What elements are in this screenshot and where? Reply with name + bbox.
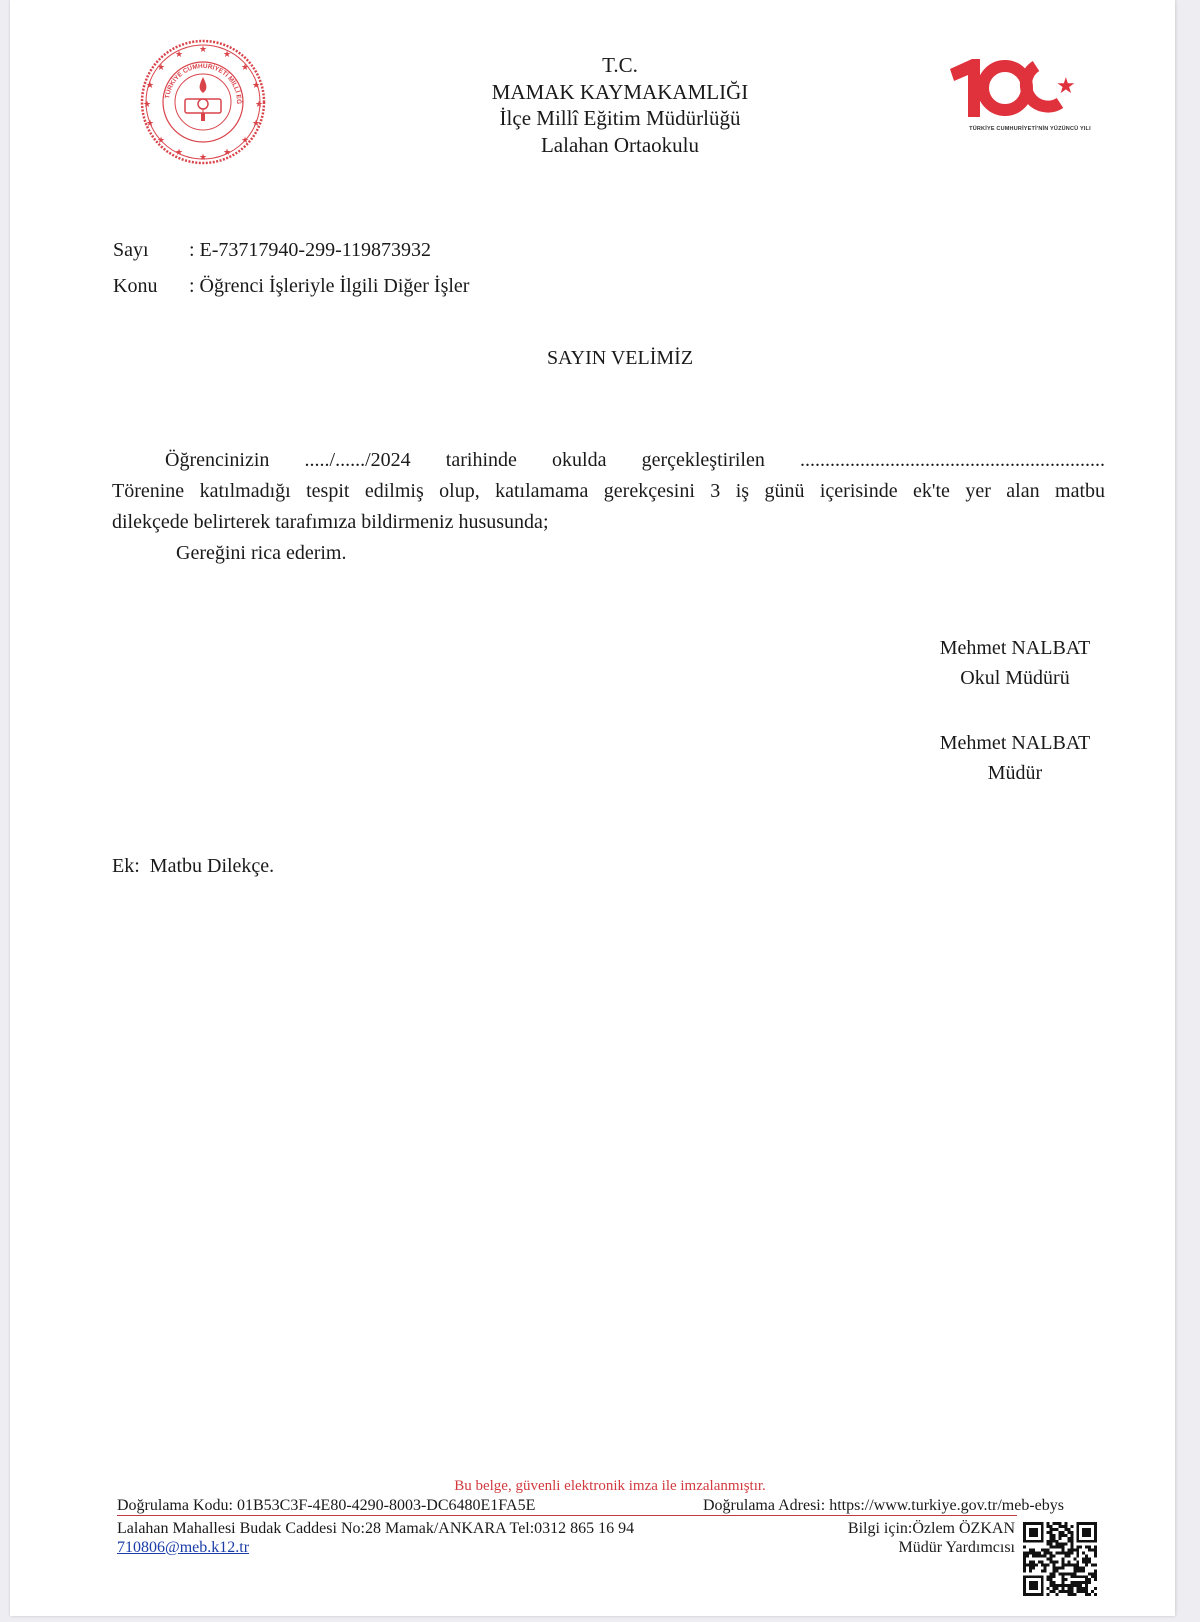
signer-title: Müdür: [905, 758, 1125, 788]
header-kaymakamlik: MAMAK KAYMAKAMLIĞI: [390, 79, 850, 106]
body-closing: Gereğini rica ederim.: [112, 538, 1105, 569]
svg-text:★: ★: [157, 135, 165, 145]
attachment-line: Ek: Matbu Dilekçe.: [112, 855, 274, 878]
signer-name: Mehmet NALBAT: [905, 728, 1125, 758]
svg-text:★: ★: [143, 99, 151, 109]
body-line-3: dilekçede belirterek tarafımıza bildirme…: [112, 507, 1105, 538]
signer-name: Mehmet NALBAT: [905, 633, 1125, 663]
info-contact: Bilgi için:Özlem ÖZKAN Müdür Yardımcısı: [790, 1519, 1015, 1557]
turkiye-100-logo-icon: ★: [950, 55, 1100, 135]
header-tc: T.C.: [390, 52, 850, 79]
signature-block-1: Mehmet NALBAT Okul Müdürü: [905, 633, 1125, 693]
svg-text:★: ★: [199, 152, 207, 162]
body-line-2: Törenine katılmadığı tespit edilmiş olup…: [112, 476, 1105, 507]
svg-text:★: ★: [199, 44, 207, 54]
signature-block-2: Mehmet NALBAT Müdür: [905, 728, 1125, 788]
document-page: ★ ★★ ★★ ★★ ★★ ★★ ★★ ★★ ★ TÜRKİYE CUMHURİ…: [10, 0, 1175, 1616]
letter-body: Öğrencinizin ...../....../2024 tarihinde…: [112, 445, 1105, 569]
verification-code: Doğrulama Kodu: 01B53C3F-4E80-4290-8003-…: [117, 1497, 535, 1515]
address-line: Lalahan Mahallesi Budak Caddesi No:28 Ma…: [117, 1519, 634, 1538]
konu-row: Konu: Öğrenci İşleriyle İlgili Diğer İşl…: [113, 274, 469, 298]
svg-text:★: ★: [175, 49, 183, 59]
sayi-row: Sayı: E-73717940-299-119873932: [113, 238, 431, 262]
e-signature-note: Bu belge, güvenli elektronik imza ile im…: [320, 1478, 900, 1495]
konu-value: : Öğrenci İşleriyle İlgili Diğer İşler: [189, 275, 469, 297]
svg-text:★: ★: [241, 135, 249, 145]
body-line-1: Öğrencinizin ...../....../2024 tarihinde…: [112, 445, 1105, 476]
svg-text:★: ★: [157, 62, 165, 72]
svg-text:★: ★: [223, 147, 231, 157]
qr-code-icon: [1023, 1522, 1097, 1596]
info-contact-name: Bilgi için:Özlem ÖZKAN: [790, 1519, 1015, 1538]
meb-seal-icon: ★ ★★ ★★ ★★ ★★ ★★ ★★ ★★ ★ TÜRKİYE CUMHURİ…: [133, 37, 273, 167]
svg-text:★: ★: [146, 118, 154, 128]
footer-divider: [117, 1515, 1017, 1516]
turkiye-100-caption: TÜRKİYE CUMHURİYETİ'NİN YÜZÜNCÜ YILI: [960, 126, 1100, 132]
konu-label: Konu: [113, 274, 189, 298]
email-link[interactable]: 710806@meb.k12.tr: [117, 1539, 249, 1556]
svg-text:★: ★: [252, 80, 260, 90]
sayi-label: Sayı: [113, 238, 189, 262]
svg-text:★: ★: [255, 99, 263, 109]
svg-text:★: ★: [175, 147, 183, 157]
attachment-label: Ek:: [112, 855, 140, 877]
svg-text:★: ★: [241, 62, 249, 72]
svg-text:★: ★: [223, 49, 231, 59]
svg-text:★: ★: [252, 118, 260, 128]
header-school: Lalahan Ortaokulu: [390, 132, 850, 159]
verification-address[interactable]: Doğrulama Adresi: https://www.turkiye.go…: [703, 1497, 1064, 1515]
svg-text:★: ★: [1056, 74, 1076, 99]
sayi-value: : E-73717940-299-119873932: [189, 239, 431, 261]
info-contact-title: Müdür Yardımcısı: [790, 1538, 1015, 1557]
svg-text:★: ★: [146, 80, 154, 90]
document-header: T.C. MAMAK KAYMAKAMLIĞI İlçe Millî Eğiti…: [390, 52, 850, 158]
salutation: SAYIN VELİMİZ: [390, 347, 850, 370]
signer-title: Okul Müdürü: [905, 663, 1125, 693]
school-address: Lalahan Mahallesi Budak Caddesi No:28 Ma…: [117, 1519, 634, 1557]
attachment-value: Matbu Dilekçe.: [150, 855, 274, 877]
header-directorate: İlçe Millî Eğitim Müdürlüğü: [390, 105, 850, 132]
